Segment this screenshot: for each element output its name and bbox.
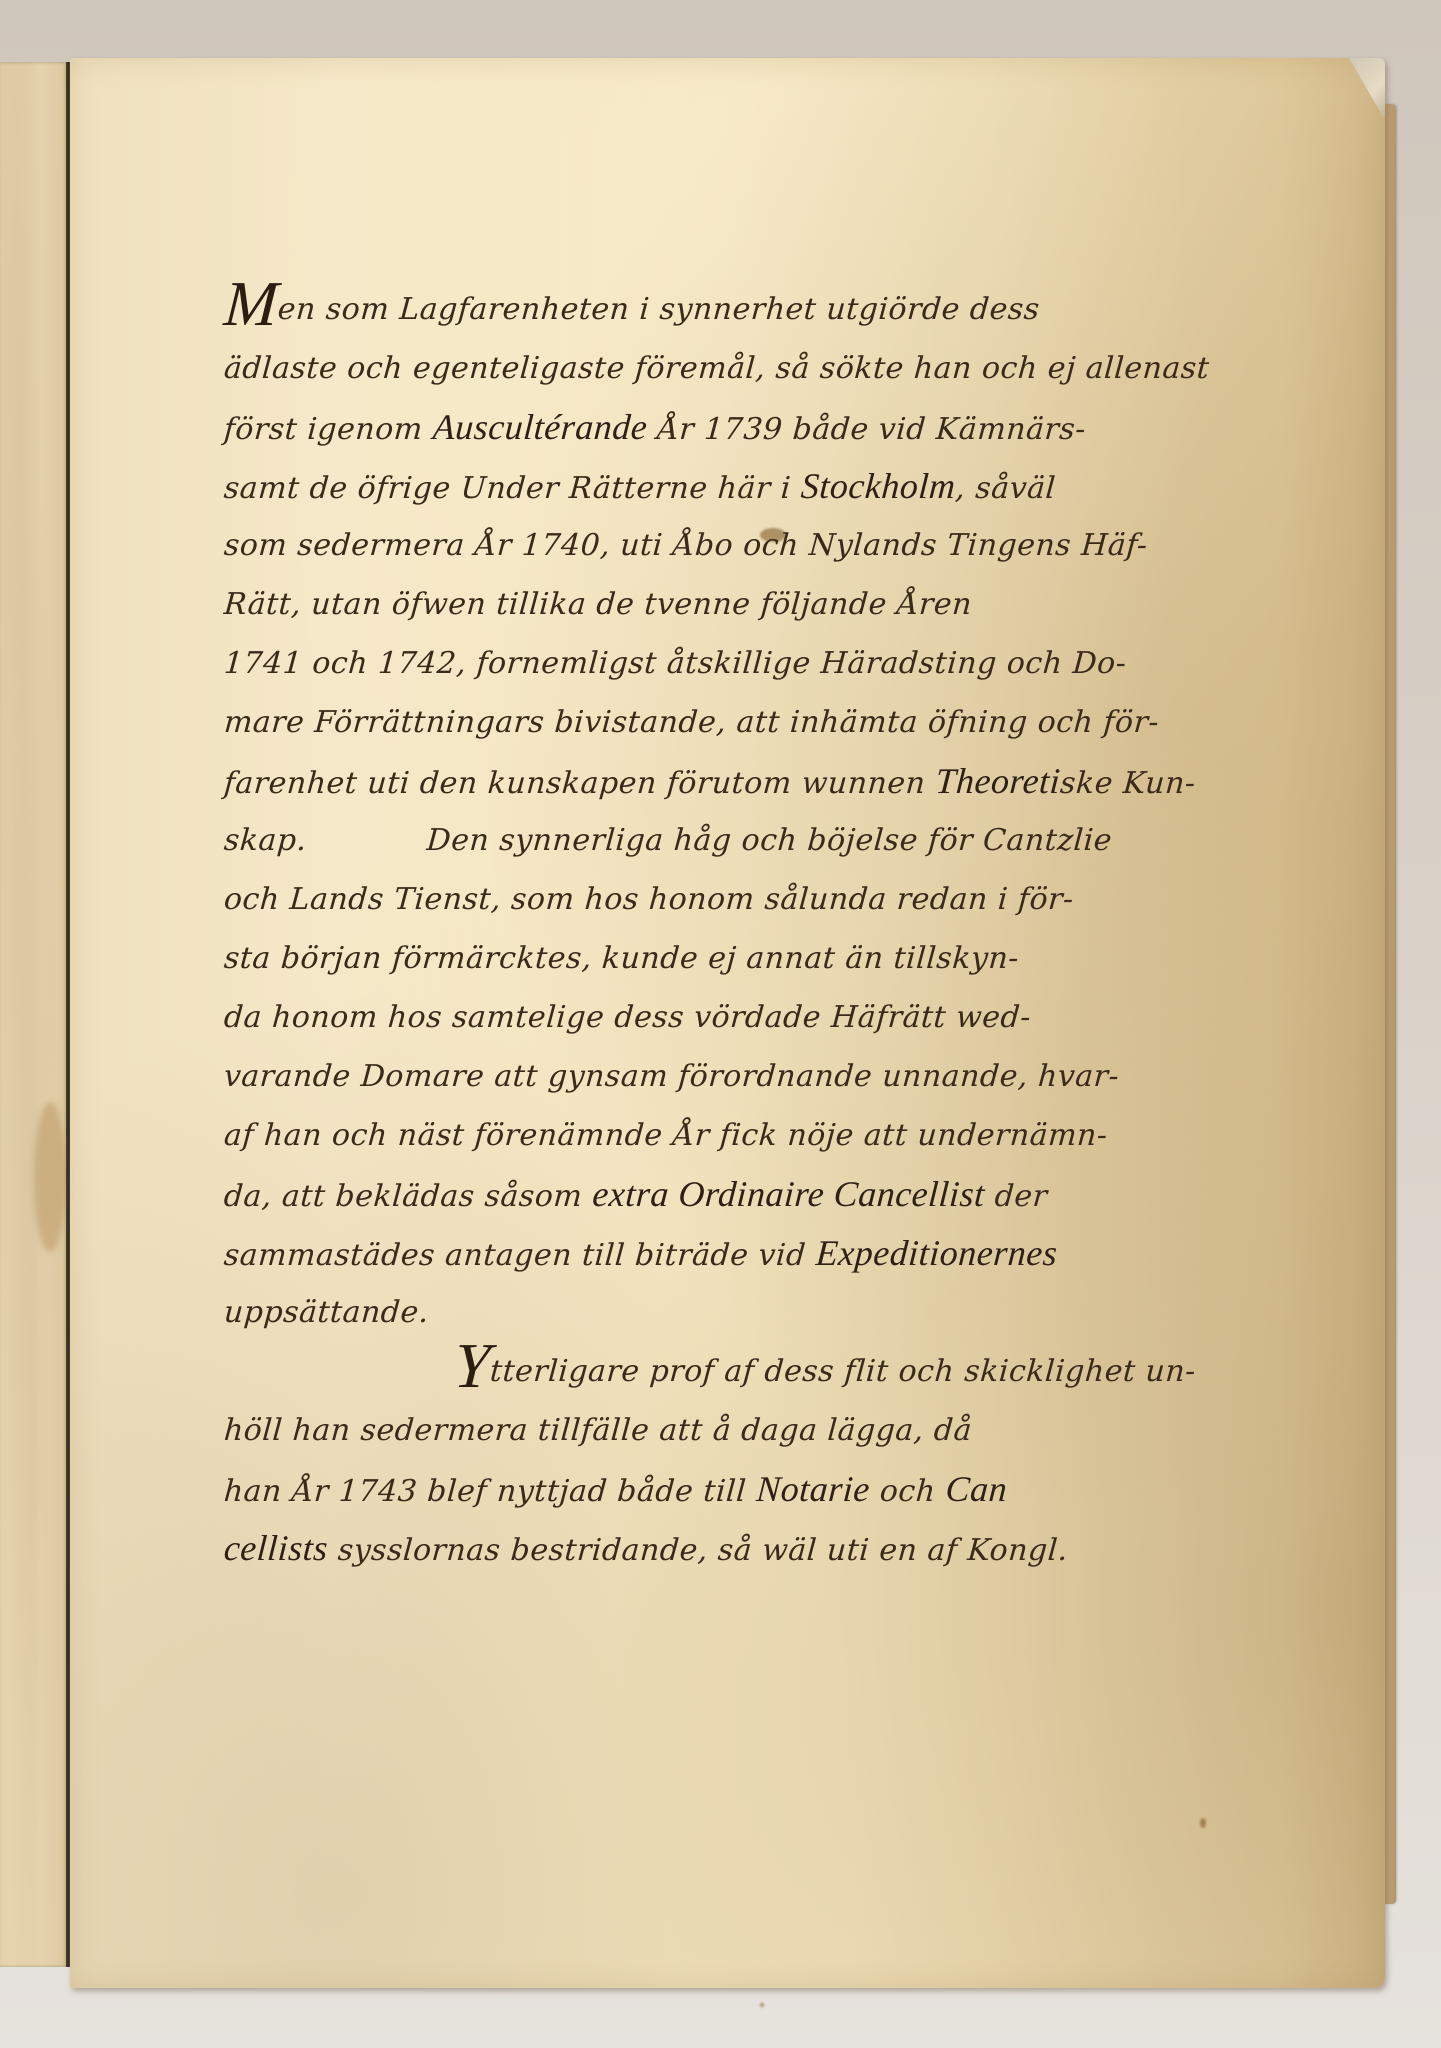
latin-script-word: Auscultérande (432, 407, 649, 447)
kurrent-text: uppsättande. (223, 1295, 430, 1330)
latin-script-word: Can (944, 1469, 1008, 1509)
handwritten-text: Men som Lagfarenheten i synnerhet utgiör… (224, 280, 1324, 1578)
kurrent-text: tterligare prof af dess flit och skickli… (489, 1354, 1197, 1389)
manuscript-line: Rätt, utan öfwen tillika de tvenne följa… (222, 575, 1326, 634)
decorated-initial: M (222, 268, 281, 339)
manuscript-line: mare Förrättningars bivistande, att inhä… (222, 693, 1326, 752)
kurrent-text: da, att beklädas såsom (223, 1179, 594, 1214)
kurrent-text: År 1739 både vid Kämnärs- (646, 412, 1087, 447)
kurrent-text: der (983, 1179, 1048, 1214)
water-stain (34, 1102, 66, 1252)
latin-script-word: Theoreti (934, 761, 1061, 801)
manuscript-page: Men som Lagfarenheten i synnerhet utgiör… (70, 58, 1385, 1988)
kurrent-text: han År 1743 blef nyttjad både till (223, 1474, 758, 1509)
folded-corner (1349, 58, 1385, 120)
manuscript-line: varande Domare att gynsam förordnande un… (222, 1047, 1326, 1106)
kurrent-text: farenhet uti den kunskapen förutom wunne… (223, 766, 937, 801)
left-facing-page (0, 62, 68, 1967)
manuscript-line: uppsättande. (222, 1283, 1326, 1342)
manuscript-line: da, att beklädas såsom extra Ordinaire C… (222, 1165, 1326, 1224)
kurrent-text: mare Förrättningars bivistande, att inhä… (223, 705, 1161, 740)
kurrent-text: skap. (223, 823, 308, 858)
kurrent-text: och Lands Tienst, som hos honom sålunda … (223, 882, 1075, 917)
manuscript-line: samt de öfrige Under Rätterne här i Stoc… (222, 457, 1326, 516)
kurrent-text: sta början förmärcktes, kunde ej annat ä… (223, 941, 1020, 976)
manuscript-line: han År 1743 blef nyttjad både till Notar… (222, 1460, 1326, 1519)
kurrent-text: Den synnerliga håg och böjelse för Cantz… (425, 823, 1113, 858)
kurrent-text: 1741 och 1742, fornemligst åtskillige Hä… (223, 646, 1128, 681)
manuscript-line: da honom hos samtelige dess vördade Häfr… (222, 988, 1326, 1047)
kurrent-text: ske Kun- (1059, 766, 1197, 801)
decorated-initial: Y (452, 1330, 493, 1401)
kurrent-text: höll han sedermera tillfälle att å daga … (223, 1413, 973, 1448)
manuscript-line: ädlaste och egenteligaste föremål, så sö… (222, 339, 1326, 398)
foxing-spot (1200, 1818, 1206, 1828)
manuscript-line: som sedermera År 1740, uti Åbo och Nylan… (222, 516, 1326, 575)
kurrent-text: och (869, 1474, 947, 1509)
manuscript-line: sta början förmärcktes, kunde ej annat ä… (222, 929, 1326, 988)
manuscript-line: Ytterligare prof af dess flit och skickl… (222, 1342, 1326, 1401)
kurrent-text: , såväl (954, 471, 1057, 506)
latin-script-word: Expeditionernes (815, 1233, 1059, 1273)
kurrent-text: sammastädes antagen till biträde vid (223, 1238, 817, 1273)
manuscript-line: höll han sedermera tillfälle att å daga … (222, 1401, 1326, 1460)
kurrent-text: sysslornas bestridande, så wäl uti en af… (327, 1533, 1070, 1568)
manuscript-line: och Lands Tienst, som hos honom sålunda … (222, 870, 1326, 929)
kurrent-text: varande Domare att gynsam förordnande un… (223, 1059, 1121, 1094)
latin-script-word: cellists (223, 1528, 330, 1568)
kurrent-text: Rätt, utan öfwen tillika de tvenne följa… (223, 587, 973, 622)
kurrent-text: samt de öfrige Under Rätterne här i (223, 471, 802, 506)
kurrent-text: ädlaste och egenteligaste föremål, så sö… (223, 351, 1211, 386)
manuscript-line: cellists sysslornas bestridande, så wäl … (222, 1519, 1326, 1578)
manuscript-line: först igenom Auscultérande År 1739 både … (222, 398, 1326, 457)
manuscript-line: Men som Lagfarenheten i synnerhet utgiör… (222, 280, 1326, 339)
kurrent-text: af han och näst förenämnde År fick nöje … (223, 1118, 1109, 1153)
kurrent-text: först igenom (223, 412, 434, 447)
manuscript-line: 1741 och 1742, fornemligst åtskillige Hä… (222, 634, 1326, 693)
manuscript-line: sammastädes antagen till biträde vid Exp… (222, 1224, 1326, 1283)
foxing-spot (760, 2003, 764, 2007)
kurrent-text: en som Lagfarenheten i synnerhet utgiörd… (277, 292, 1041, 327)
kurrent-text: som sedermera År 1740, uti Åbo och Nylan… (223, 528, 1149, 563)
latin-script-word: extra Ordinaire Cancellist (591, 1174, 986, 1214)
latin-script-word: Notarie (755, 1469, 871, 1509)
manuscript-line: af han och näst förenämnde År fick nöje … (222, 1106, 1326, 1165)
latin-script-word: Stockholm (800, 466, 957, 506)
kurrent-text: da honom hos samtelige dess vördade Häfr… (223, 1000, 1032, 1035)
manuscript-line: skap.Den synnerliga håg och böjelse för … (222, 811, 1326, 870)
manuscript-line: farenhet uti den kunskapen förutom wunne… (222, 752, 1326, 811)
